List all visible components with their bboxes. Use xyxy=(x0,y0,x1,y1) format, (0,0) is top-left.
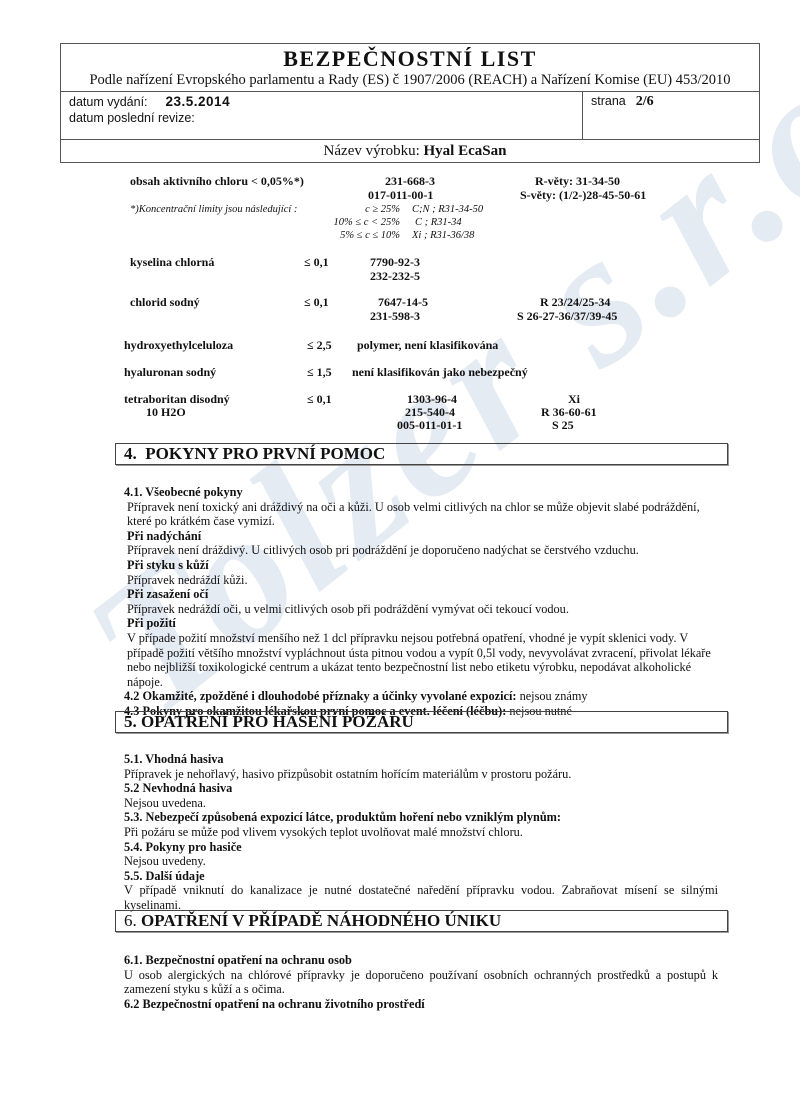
concentration-note: *)Koncentrační limity jsou následující : xyxy=(130,203,297,216)
section-5-heading: 5. OPATŘENÍ PRO HAŠENÍ POŽÁRU xyxy=(115,711,728,733)
substance-ec: 231-598-3 xyxy=(370,310,420,323)
substance-conc: ≤ 0,1 xyxy=(304,296,329,309)
subsection-heading: Při nadýchání xyxy=(124,529,718,544)
product-label: Název výrobku: xyxy=(324,143,420,159)
document-page: BEZPEČNOSTNÍ LIST Podle nařízení Evropsk… xyxy=(0,0,800,1100)
chlorine-index: 017-011-00-1 xyxy=(368,189,433,202)
section-5-body: 5.1. Vhodná hasiva Přípravek je nehořlav… xyxy=(124,752,718,913)
subsection-heading: 5.2 Nevhodná hasiva xyxy=(124,781,718,796)
regulation-subtitle: Podle nařízení Evropského parlamentu a R… xyxy=(61,71,759,92)
subsection-heading: 4.1. Všeobecné pokyny xyxy=(124,485,718,500)
section-6-title: OPATŘENÍ V PŘÍPADĚ NÁHODNÉHO ÚNIKU xyxy=(141,911,501,930)
paragraph: V případě vniknutí do kanalizace je nutn… xyxy=(124,883,718,912)
substance-name: hydroxyethylceluloza xyxy=(124,339,233,352)
substance-conc: ≤ 1,5 xyxy=(307,366,332,379)
chlorine-s-phrases: S-věty: (1/2-)28-45-50-61 xyxy=(520,189,646,202)
page-cell: strana2/6 xyxy=(583,92,759,139)
subsection-heading: 6.1. Bezpečnostní opatření na ochranu os… xyxy=(124,953,718,968)
paragraph: U osob alergických na chlórové přípravky… xyxy=(124,968,718,997)
paragraph: Přípravek není toxický ani dráždivý na o… xyxy=(124,500,718,529)
substance-conc: ≤ 0,1 xyxy=(304,256,329,269)
substance-cas: 7790-92-3 xyxy=(370,256,420,269)
subsection-heading: 6.2 Bezpečnostní opatření na ochranu živ… xyxy=(124,997,718,1012)
header-info-row: datum vydání:23.5.2014 datum poslední re… xyxy=(61,92,759,140)
page-label: strana xyxy=(591,94,626,108)
subsection-4-2-label: 4.2 Okamžité, zpožděné i dlouhodobé příz… xyxy=(124,689,517,703)
substance-name: hyaluronan sodný xyxy=(124,366,216,379)
section-4-body: 4.1. Všeobecné pokyny Přípravek není tox… xyxy=(124,485,718,719)
paragraph: Nejsou uvedena. xyxy=(124,796,718,811)
subsection-heading: Při zasažení očí xyxy=(124,587,718,602)
paragraph: Přípravek nedráždí oči, u velmi citlivýc… xyxy=(124,602,718,617)
subsection-4-2: 4.2 Okamžité, zpožděné i dlouhodobé příz… xyxy=(124,689,718,704)
substance-s-phrases: S 26-27-36/37/39-45 xyxy=(517,310,617,323)
substance-note: polymer, není klasifikována xyxy=(357,339,498,352)
issue-date: 23.5.2014 xyxy=(166,94,231,109)
subsection-heading: 5.4. Pokyny pro hasiče xyxy=(124,840,718,855)
substance-cas: 7647-14-5 xyxy=(378,296,428,309)
paragraph: Přípravek není dráždivý. U citlivých oso… xyxy=(124,543,718,558)
limit-class: C;N ; R31-34-50 xyxy=(412,203,483,216)
section-4-heading: 4. POKYNY PRO PRVNÍ POMOC xyxy=(115,443,728,465)
product-name-row: Název výrobku: Hyal EcaSan xyxy=(61,140,759,162)
section-4-number: 4. xyxy=(124,444,137,463)
section-6-body: 6.1. Bezpečnostní opatření na ochranu os… xyxy=(124,953,718,1011)
substance-conc: ≤ 0,1 xyxy=(307,393,332,406)
substance-s-phrases: S 25 xyxy=(552,419,574,432)
limit-class: C ; R31-34 xyxy=(415,216,462,229)
subsection-heading: 5.5. Další údaje xyxy=(124,869,718,884)
revision-date-label: datum poslední revize: xyxy=(69,110,574,126)
page-number: 2/6 xyxy=(636,94,654,109)
document-title: BEZPEČNOSTNÍ LIST xyxy=(61,44,759,71)
substance-note: není klasifikován jako nebezpečný xyxy=(352,366,528,379)
limit-range: c ≥ 25% xyxy=(280,203,400,216)
substance-name: chlorid sodný xyxy=(130,296,200,309)
subsection-heading: Při styku s kůží xyxy=(124,558,718,573)
section-5-title: 5. OPATŘENÍ PRO HAŠENÍ POŽÁRU xyxy=(124,712,414,731)
substance-ec: 232-232-5 xyxy=(370,270,420,283)
paragraph: Přípravek je nehořlavý, hasivo přizpůsob… xyxy=(124,767,718,782)
substance-name-hydrate: 10 H2O xyxy=(146,406,186,419)
substance-r-phrases: R 23/24/25-34 xyxy=(540,296,610,309)
chlorine-ec: 231-668-3 xyxy=(385,175,435,188)
paragraph: V případe požití množství menšího než 1 … xyxy=(124,631,718,689)
date-cell: datum vydání:23.5.2014 datum poslední re… xyxy=(61,92,583,139)
product-name: Hyal EcaSan xyxy=(424,143,507,159)
paragraph: Nejsou uvedeny. xyxy=(124,854,718,869)
section-6-number: 6. xyxy=(124,911,137,930)
subsection-heading: 5.1. Vhodná hasiva xyxy=(124,752,718,767)
limit-range: 10% ≤ c < 25% xyxy=(280,216,400,229)
paragraph: Přípravek nedráždí kůži. xyxy=(124,573,718,588)
section-4-title: POKYNY PRO PRVNÍ POMOC xyxy=(145,444,385,463)
subsection-heading: Při požití xyxy=(124,616,718,631)
limit-range: 5% ≤ c ≤ 10% xyxy=(280,229,400,242)
chlorine-r-phrases: R-věty: 31-34-50 xyxy=(535,175,620,188)
document-header: BEZPEČNOSTNÍ LIST Podle nařízení Evropsk… xyxy=(60,43,760,163)
subsection-4-2-value: nejsou známy xyxy=(517,689,588,703)
chlorine-name: obsah aktivního chloru < 0,05%*) xyxy=(130,175,304,188)
substance-conc: ≤ 2,5 xyxy=(307,339,332,352)
substance-name: kyselina chlorná xyxy=(130,256,214,269)
paragraph: Při požáru se může pod vlivem vysokých t… xyxy=(124,825,718,840)
issue-date-label: datum vydání: xyxy=(69,95,148,109)
limit-class: Xi ; R31-36/38 xyxy=(412,229,474,242)
subsection-heading: 5.3. Nebezpečí způsobená expozicí látce,… xyxy=(124,810,718,825)
substance-index: 005-011-01-1 xyxy=(397,419,462,432)
section-6-heading: 6. OPATŘENÍ V PŘÍPADĚ NÁHODNÉHO ÚNIKU xyxy=(115,910,728,932)
